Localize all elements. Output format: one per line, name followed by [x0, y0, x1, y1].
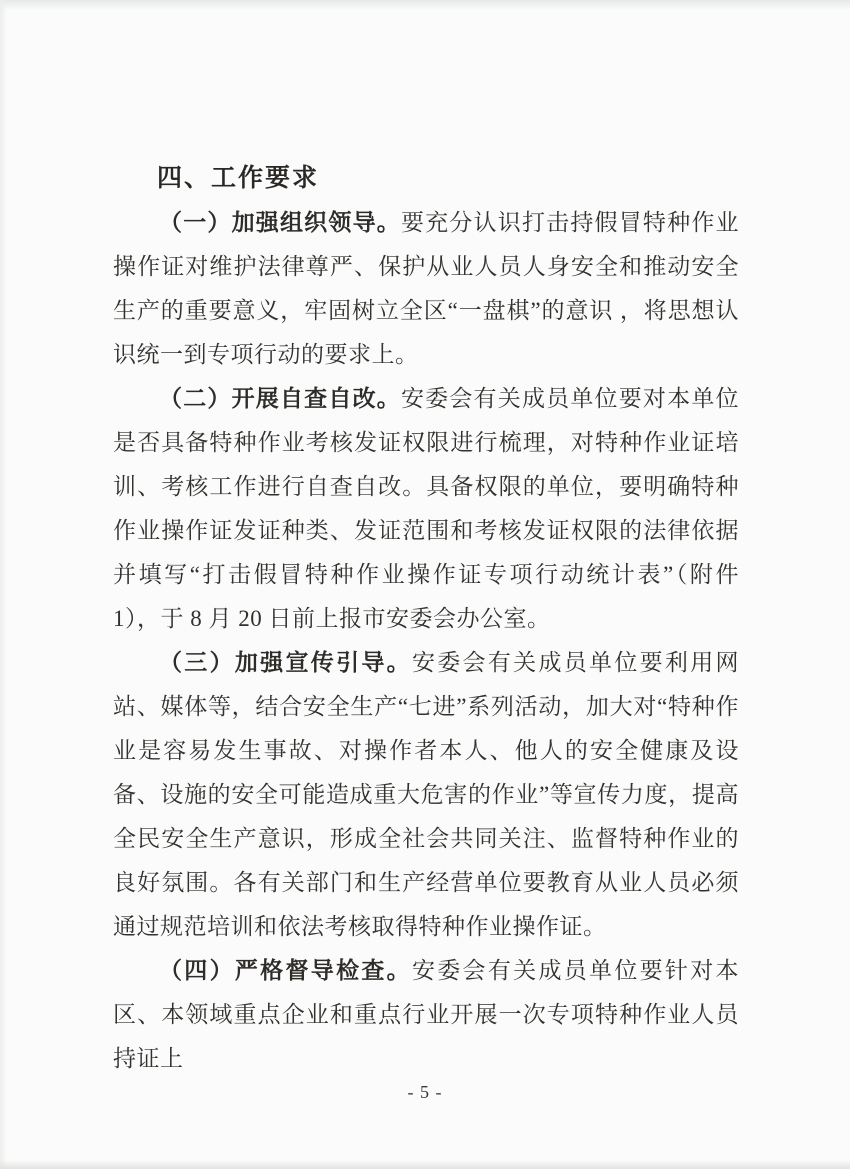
document-page: 四、工作要求 （一）加强组织领导。要充分认识打击持假冒特种作业操作证对维护法律尊… [0, 0, 850, 1169]
paragraph-3-lead: （三）加强宣传引导。 [159, 650, 412, 675]
paragraph-4: （四）严格督导检查。安委会有关成员单位要针对本区、本领域重点企业和重点行业开展一… [113, 949, 739, 1081]
document-body: 四、工作要求 （一）加强组织领导。要充分认识打击持假冒特种作业操作证对维护法律尊… [113, 156, 739, 1081]
section-heading: 四、工作要求 [113, 156, 739, 201]
paragraph-4-lead: （四）严格督导检查。 [159, 958, 412, 983]
paragraph-3: （三）加强宣传引导。安委会有关成员单位要利用网站、媒体等，结合安全生产“七进”系… [113, 641, 739, 949]
paragraph-1: （一）加强组织领导。要充分认识打击持假冒特种作业操作证对维护法律尊严、保护从业人… [113, 201, 739, 377]
scan-edge-bottom [0, 1160, 850, 1169]
paragraph-3-text: 安委会有关成员单位要利用网站、媒体等，结合安全生产“七进”系列活动，加大对“特种… [113, 650, 739, 939]
scan-edge-left [0, 0, 7, 1169]
paragraph-1-lead: （一）加强组织领导。 [159, 210, 401, 235]
paragraph-2-lead: （二）开展自查自改。 [159, 386, 401, 411]
paragraph-2-text: 安委会有关成员单位要对本单位是否具备特种作业考核发证权限进行梳理，对特种作业证培… [113, 386, 739, 631]
page-number: - 5 - [0, 1082, 850, 1103]
paragraph-2: （二）开展自查自改。安委会有关成员单位要对本单位是否具备特种作业考核发证权限进行… [113, 377, 739, 641]
scan-edge-top [0, 0, 850, 10]
